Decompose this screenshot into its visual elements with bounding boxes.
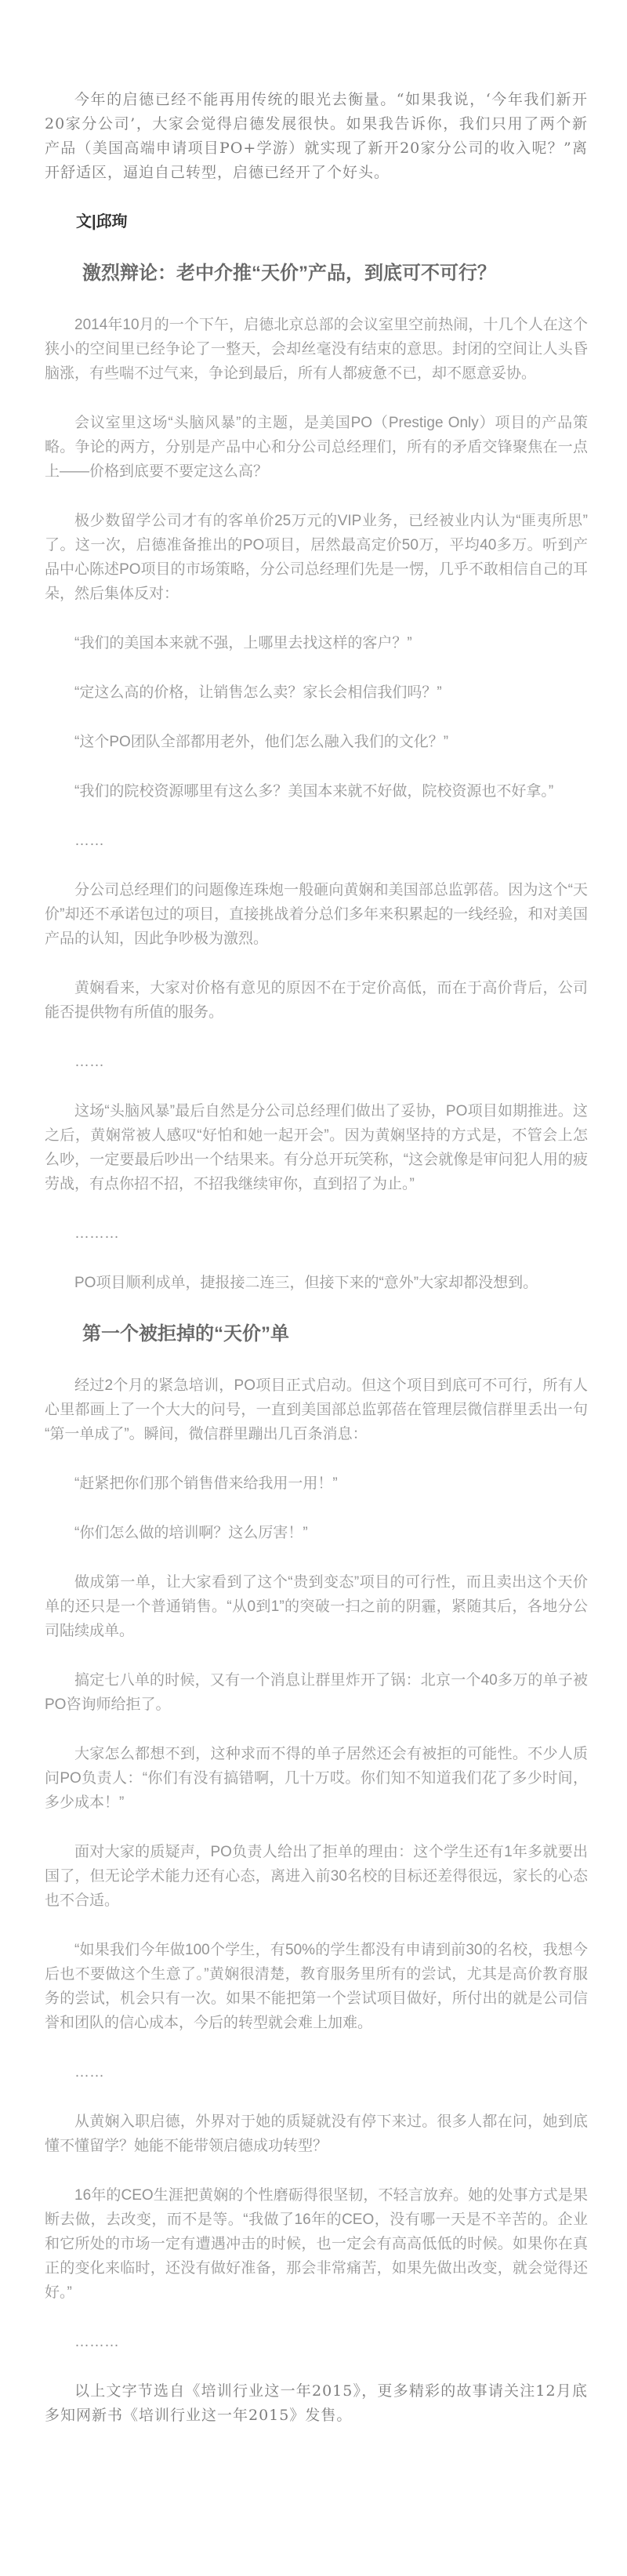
- footer-note: 以上文字节选自《培训行业这一年2015》，更多精彩的故事请关注12月底多知网新书…: [45, 2379, 588, 2428]
- body-paragraph: 从黄娴入职启德，外界对于她的质疑就没有停下来过。很多人都在问，她到底懂不懂留学？…: [45, 2110, 588, 2158]
- body-paragraph: 这场“头脑风暴”最后自然是分公司总经理们做出了妥协，PO项目如期推进。这之后，黄…: [45, 1099, 588, 1196]
- article-body: 今年的启德已经不能再用传统的眼光去衡量。“如果我说，‘今年我们新开20家分公司’…: [0, 0, 627, 2576]
- ellipsis-separator: ……: [45, 2060, 588, 2084]
- body-paragraph: 经过2个月的紧急培训，PO项目正式启动。但这个项目到底可不可行，所有人心里都画上…: [45, 1373, 588, 1446]
- body-paragraph: “如果我们今年做100个学生，有50%的学生都没有申请到前30的名校，我想今后也…: [45, 1938, 588, 2035]
- lead-paragraph: 今年的启德已经不能再用传统的眼光去衡量。“如果我说，‘今年我们新开20家分公司’…: [45, 88, 588, 185]
- section-heading-1: 激烈辩论：老中介推“天价”产品，到底可不可行？: [45, 259, 588, 288]
- body-paragraph: 分公司总经理们的问题像连珠炮一般砸向黄娴和美国部总监郭蓓。因为这个“天价”却还不…: [45, 878, 588, 951]
- dialogue-quote: “我们的院校资源哪里有这么多？美国本来就不好做，院校资源也不好拿。”: [45, 779, 588, 804]
- ellipsis-separator: ………: [45, 2330, 588, 2354]
- body-paragraph: 搞定七八单的时候，又有一个消息让群里炸开了锅：北京一个40多万的单子被PO咨询师…: [45, 1668, 588, 1717]
- body-paragraph: 做成第一单，让大家看到了这个“贵到变态”项目的可行性，而且卖出这个天价单的还只是…: [45, 1570, 588, 1643]
- dialogue-quote: “赶紧把你们那个销售借来给我用一用！”: [45, 1471, 588, 1496]
- section-heading-2: 第一个被拒掉的“天价”单: [45, 1320, 588, 1348]
- byline: 文|邱珣: [45, 210, 588, 234]
- body-paragraph: PO项目顺利成单，捷报接二连三，但接下来的“意外”大家却都没想到。: [45, 1271, 588, 1295]
- body-paragraph: 面对大家的质疑声，PO负责人给出了拒单的理由：这个学生还有1年多就要出国了，但无…: [45, 1840, 588, 1913]
- dialogue-quote: “这个PO团队全部都用老外，他们怎么融入我们的文化？”: [45, 730, 588, 754]
- body-paragraph: 16年的CEO生涯把黄娴的个性磨砺得很坚韧，不轻言放弃。她的处事方式是果断去做，…: [45, 2183, 588, 2305]
- ellipsis-separator: ………: [45, 1221, 588, 1246]
- body-paragraph: 大家怎么都想不到，这种求而不得的单子居然还会有被拒的可能性。不少人质问PO负责人…: [45, 1742, 588, 1815]
- ellipsis-separator: ……: [45, 829, 588, 853]
- body-paragraph: 会议室里这场“头脑风暴”的主题，是美国PO（Prestige Only）项目的产…: [45, 411, 588, 484]
- dialogue-quote: “定这么高的价格，让销售怎么卖？家长会相信我们吗？”: [45, 680, 588, 705]
- ellipsis-separator: ……: [45, 1050, 588, 1074]
- dialogue-quote: “你们怎么做的培训啊？这么厉害！”: [45, 1521, 588, 1545]
- body-paragraph: 黄娴看来，大家对价格有意见的原因不在于定价高低，而在于高价背后，公司能否提供物有…: [45, 976, 588, 1025]
- body-paragraph: 极少数留学公司才有的客单价25万元的VIP业务，已经被业内认为“匪夷所思”了。这…: [45, 509, 588, 606]
- body-paragraph: 2014年10月的一个下午，启德北京总部的会议室里空前热闹，十几个人在这个狭小的…: [45, 313, 588, 386]
- dialogue-quote: “我们的美国本来就不强，上哪里去找这样的客户？”: [45, 631, 588, 655]
